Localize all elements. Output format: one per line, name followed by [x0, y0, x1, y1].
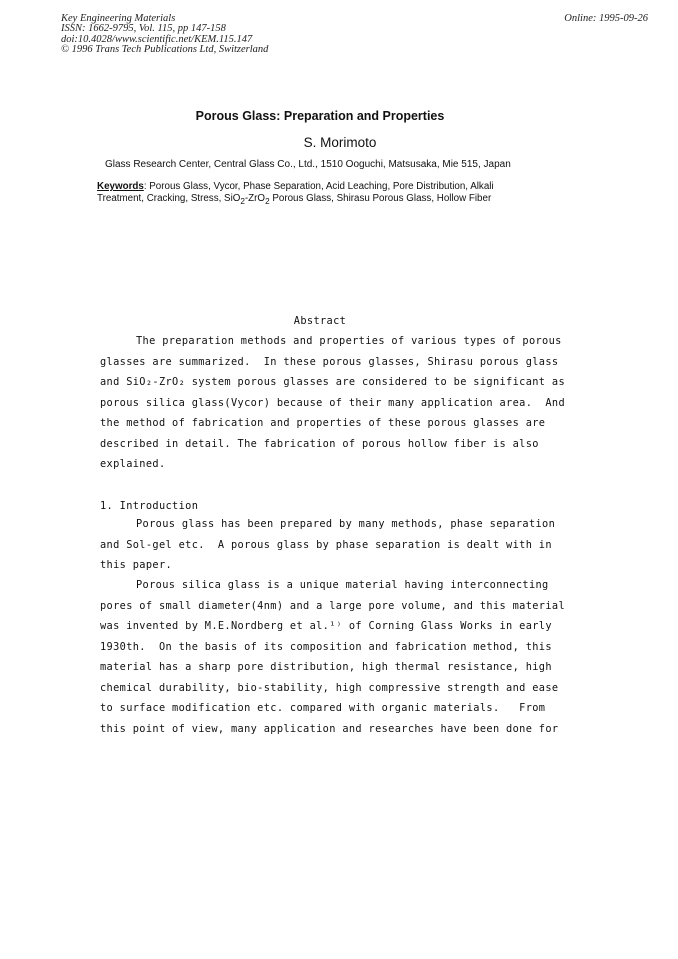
intro-line: this paper. — [100, 555, 560, 576]
abstract-line: porous silica glass(Vycor) because of th… — [100, 393, 560, 414]
abstract-heading: Abstract — [0, 315, 640, 327]
copyright-notice: © 1996 Trans Tech Publications Ltd, Swit… — [61, 45, 268, 55]
intro-line: and Sol-gel etc. A porous glass by phase… — [100, 535, 560, 556]
intro-paragraph-2: Porous silica glass is a unique material… — [100, 575, 560, 739]
keywords-text-2c: Porous Glass, Shirasu Porous Glass, Holl… — [270, 193, 492, 204]
author-name: S. Morimoto — [0, 135, 678, 150]
intro-line: chemical durability, bio-stability, high… — [100, 678, 560, 699]
intro-paragraph-1: Porous glass has been prepared by many m… — [100, 514, 560, 576]
abstract-line: described in detail. The fabrication of … — [100, 434, 560, 455]
intro-line: pores of small diameter(4nm) and a large… — [100, 596, 560, 617]
abstract-line: the method of fabrication and properties… — [100, 413, 560, 434]
abstract-line: glasses are summarized. In these porous … — [100, 352, 560, 373]
abstract-line: The preparation methods and properties o… — [100, 331, 560, 352]
intro-line: Porous glass has been prepared by many m… — [100, 514, 560, 535]
intro-line: was invented by M.E.Nordberg et al.¹⁾ of… — [100, 616, 560, 637]
section-heading-introduction: 1. Introduction — [100, 500, 198, 512]
affiliation: Glass Research Center, Central Glass Co.… — [105, 159, 511, 170]
intro-line: material has a sharp pore distribution, … — [100, 657, 560, 678]
keywords-block: Keywords: Porous Glass, Vycor, Phase Sep… — [97, 181, 557, 208]
intro-line: Porous silica glass is a unique material… — [100, 575, 560, 596]
abstract-line: explained. — [100, 454, 560, 475]
keywords-text-2a: Treatment, Cracking, Stress, SiO — [97, 193, 240, 204]
keywords-text-1: : Porous Glass, Vycor, Phase Separation,… — [144, 181, 494, 192]
intro-line: to surface modification etc. compared wi… — [100, 698, 560, 719]
intro-line: 1930th. On the basis of its composition … — [100, 637, 560, 658]
keywords-text-2b: -ZrO — [245, 193, 265, 204]
paper-title: Porous Glass: Preparation and Properties — [0, 109, 640, 123]
journal-header: Key Engineering Materials ISSN: 1662-979… — [61, 14, 268, 56]
intro-line: this point of view, many application and… — [100, 719, 560, 740]
abstract-line: and SiO₂-ZrO₂ system porous glasses are … — [100, 372, 560, 393]
keywords-label: Keywords — [97, 181, 144, 192]
online-date: Online: 1995-09-26 — [564, 14, 648, 24]
abstract-body: The preparation methods and properties o… — [100, 331, 560, 475]
